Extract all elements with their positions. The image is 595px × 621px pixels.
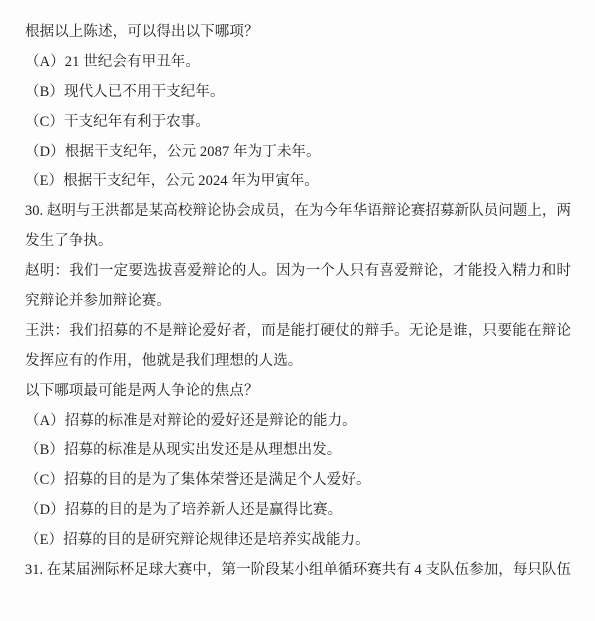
- q30-zhaoming-line-2: 究辩论并参加辩论赛。: [25, 287, 571, 317]
- q30-option-b: （B）招募的标准是从现实出发还是从理想出发。: [25, 436, 571, 466]
- q30-option-c: （C）招募的目的是为了集体荣誉还是满足个人爱好。: [25, 466, 571, 496]
- q29-option-e: （E）根据干支纪年，公元 2024 年为甲寅年。: [25, 167, 571, 197]
- q30-stem-line-2: 发生了争执。: [25, 227, 571, 257]
- q29-option-d: （D）根据干支纪年，公元 2087 年为丁未年。: [25, 138, 571, 168]
- q30-wanghong-line-2: 发挥应有的作用，他就是我们理想的人选。: [25, 347, 571, 377]
- q30-zhaoming-line-1: 赵明：我们一定要选拔喜爱辩论的人。因为一个人只有喜爱辩论，才能投入精力和时间研: [25, 257, 571, 287]
- q29-prompt: 根据以上陈述，可以得出以下哪项？: [25, 18, 571, 48]
- q30-option-e: （E）招募的目的是研究辩论规律还是培养实战能力。: [25, 526, 571, 556]
- q29-option-a: （A）21 世纪会有甲丑年。: [25, 48, 571, 78]
- q29-option-c: （C）干支纪年有利于农事。: [25, 108, 571, 138]
- q30-stem-line-1: 30. 赵明与王洪都是某高校辩论协会成员，在为今年华语辩论赛招募新队员问题上，两…: [25, 197, 571, 227]
- q30-question: 以下哪项最可能是两人争论的焦点？: [25, 377, 571, 407]
- q30-option-a: （A）招募的标准是对辩论的爱好还是辩论的能力。: [25, 407, 571, 437]
- q30-option-d: （D）招募的目的是为了培养新人还是赢得比赛。: [25, 496, 571, 526]
- exam-document-page: 根据以上陈述，可以得出以下哪项？ （A）21 世纪会有甲丑年。 （B）现代人已不…: [0, 0, 595, 621]
- q31-stem-line-1: 31. 在某届洲际杯足球大赛中，第一阶段某小组单循环赛共有 4 支队伍参加，每只…: [25, 556, 571, 586]
- q30-wanghong-line-1: 王洪：我们招募的不是辩论爱好者，而是能打硬仗的辩手。无论是谁，只要能在辩论赛中: [25, 317, 571, 347]
- q29-option-b: （B）现代人已不用干支纪年。: [25, 78, 571, 108]
